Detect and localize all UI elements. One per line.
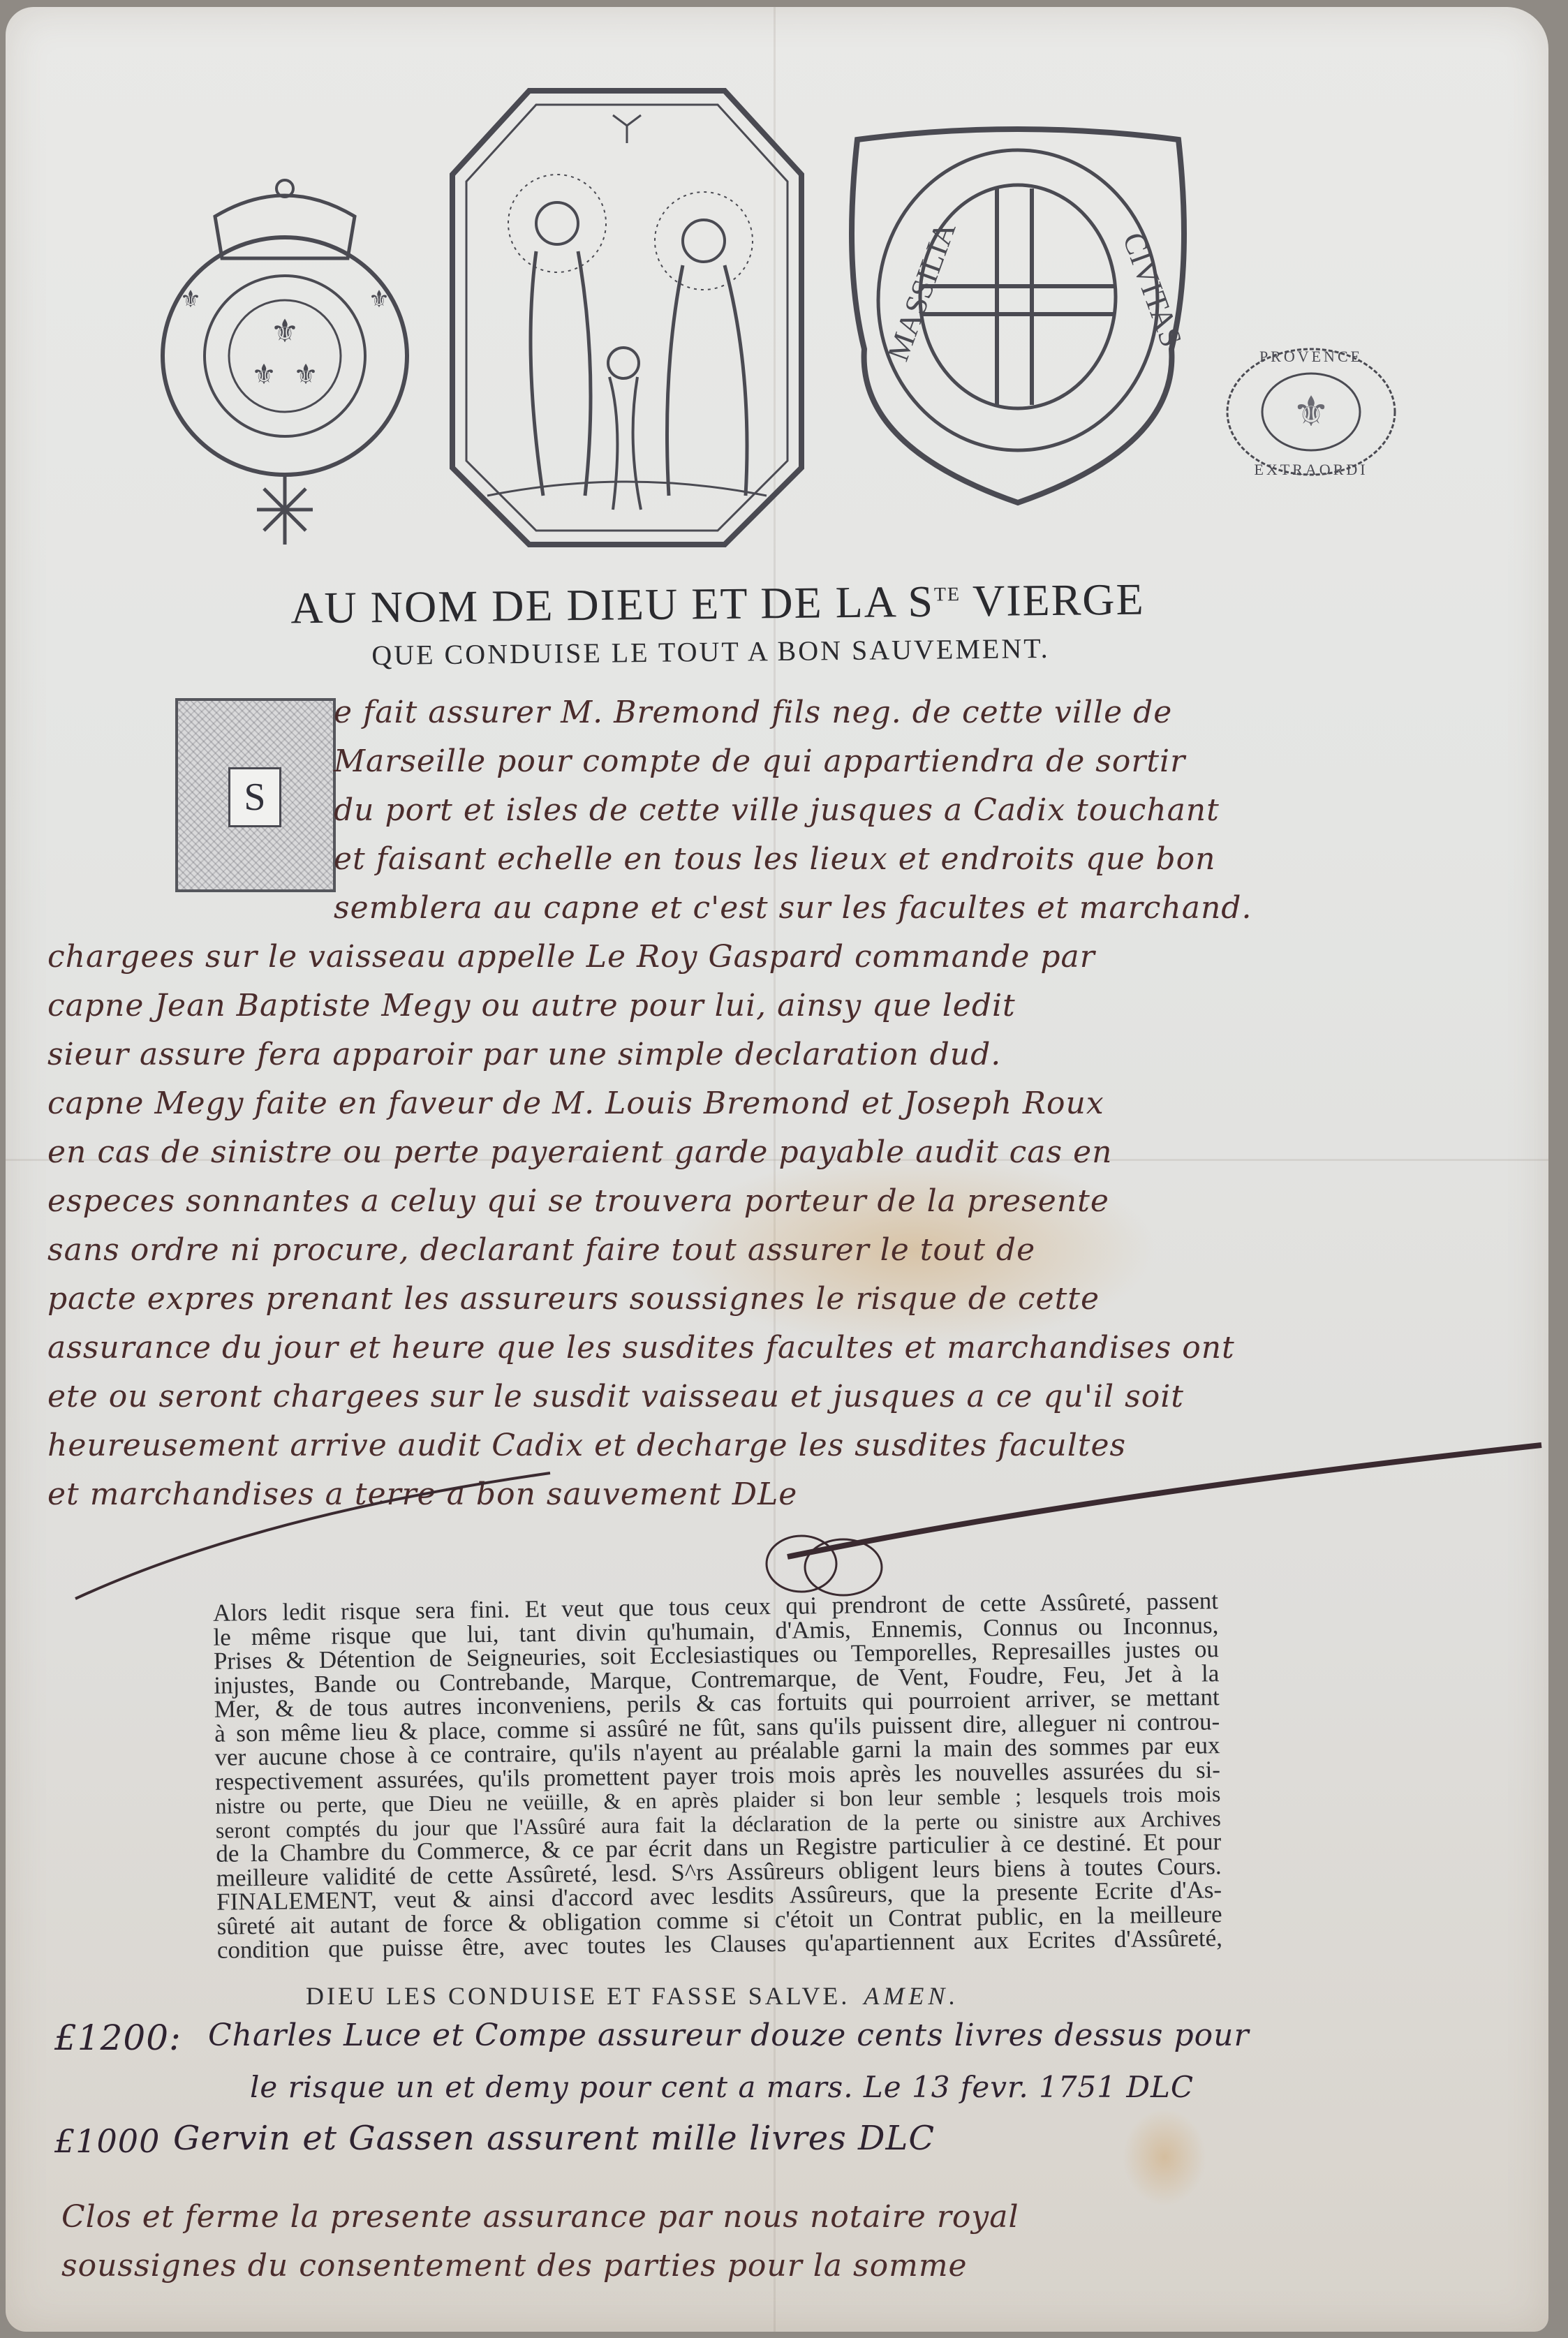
- manuscript-line: du port et isles de cette ville jusques …: [334, 792, 1220, 828]
- manuscript-line: sieur assure fera apparoir par une simpl…: [47, 1037, 1001, 1072]
- manuscript-line: en cas de sinistre ou perte payeraient g…: [47, 1134, 1113, 1170]
- cross-shield-icon: MASSILIA CIVITAS: [843, 126, 1192, 517]
- holy-family-icon: [438, 77, 815, 552]
- subscription-line: Charles Luce et Compe assureur douze cen…: [208, 2018, 1250, 2053]
- svg-text:⚜: ⚜: [270, 313, 299, 349]
- svg-text:⚜: ⚜: [180, 287, 201, 313]
- water-stain-small: [1123, 2108, 1206, 2206]
- closing-formula: DIEU LES CONDUISE ET FASSE SALVE.AMEN.: [306, 1981, 959, 2011]
- svg-text:CIVITAS: CIVITAS: [1116, 228, 1189, 352]
- heading-line1-end: VIERGE: [961, 575, 1145, 626]
- svg-text:⚜: ⚜: [293, 359, 318, 390]
- manuscript-line: assurance du jour et heure que les susdi…: [47, 1330, 1235, 1366]
- manuscript-line: ete ou seront chargees sur le susdit vai…: [47, 1379, 1184, 1414]
- printed-insurance-clause: Alors ledit risque sera fini. Et veut qu…: [213, 1589, 1222, 1962]
- manuscript-line: sans ordre ni procure, declarant faire t…: [47, 1232, 1035, 1268]
- pen-flourish-icon: [47, 1431, 1555, 1613]
- heading-sup: TE: [934, 584, 961, 605]
- svg-text:⚜: ⚜: [251, 359, 276, 390]
- manuscript-line: semblera au capne et c'est sur les facul…: [334, 890, 1252, 926]
- manuscript-line: Marseille pour compte de qui appartiendr…: [334, 743, 1185, 779]
- ornamental-drop-cap: S: [175, 698, 336, 892]
- svg-text:⚜: ⚜: [369, 287, 390, 313]
- svg-text:MASSILIA: MASSILIA: [880, 217, 962, 365]
- subscription-amount-2: £1000: [54, 2122, 160, 2160]
- manuscript-line: pacte expres prenant les assureurs souss…: [47, 1281, 1100, 1317]
- amen-text: AMEN.: [864, 1982, 959, 2010]
- svg-text:EXTRAORDI: EXTRAORDI: [1254, 461, 1368, 478]
- marseille-arms-emblem: MASSILIA CIVITAS: [843, 126, 1192, 517]
- svg-text:PROVENCE: PROVENCE: [1259, 348, 1363, 365]
- manuscript-line: et faisant echelle en tous les lieux et …: [334, 841, 1215, 877]
- invocation-subheading: QUE CONDUISE LE TOUT A BON SAUVEMENT.: [257, 630, 1164, 673]
- subscription-amount-1: £1200:: [54, 2018, 182, 2058]
- closing-text: DIEU LES CONDUISE ET FASSE SALVE.: [306, 1982, 850, 2010]
- crown-fleur-de-lis-icon: ⚜ ⚜ ⚜ ⚜ ⚜: [138, 168, 431, 558]
- notary-line: Clos et ferme la presente assurance par …: [61, 2199, 1019, 2235]
- heading-line1: AU NOM DE DIEU ET DE LA S: [290, 577, 934, 633]
- manuscript-line: capne Jean Baptiste Megy ou autre pour l…: [47, 988, 1016, 1023]
- subscription-line: Gervin et Gassen assurent mille livres D…: [173, 2119, 935, 2158]
- manuscript-line: especes sonnantes a celuy qui se trouver…: [47, 1183, 1109, 1219]
- invocation-heading: AU NOM DE DIEU ET DE LA STE VIERGE: [187, 572, 1249, 635]
- manuscript-line: chargees sur le vaisseau appelle Le Roy …: [47, 939, 1095, 975]
- svg-text:⚜: ⚜: [1292, 389, 1330, 435]
- royal-arms-emblem: ⚜ ⚜ ⚜ ⚜ ⚜: [138, 168, 431, 558]
- manuscript-line: capne Megy faite en faveur de M. Louis B…: [47, 1086, 1104, 1121]
- document-page: ⚜ ⚜ ⚜ ⚜ ⚜ MASSILIA: [6, 7, 1548, 2332]
- subscription-line: le risque un et demy pour cent a mars. L…: [250, 2070, 1194, 2104]
- drop-cap-letter: S: [228, 767, 281, 827]
- manuscript-line: e fait assurer M. Bremond fils neg. de c…: [334, 695, 1172, 730]
- holy-family-woodcut: [438, 77, 815, 552]
- stamp-fleur-de-lis-icon: ⚜ PROVENCE EXTRAORDI: [1213, 335, 1409, 489]
- provence-tax-stamp: ⚜ PROVENCE EXTRAORDI: [1213, 335, 1409, 489]
- notary-line: soussignes du consentement des parties p…: [61, 2248, 968, 2284]
